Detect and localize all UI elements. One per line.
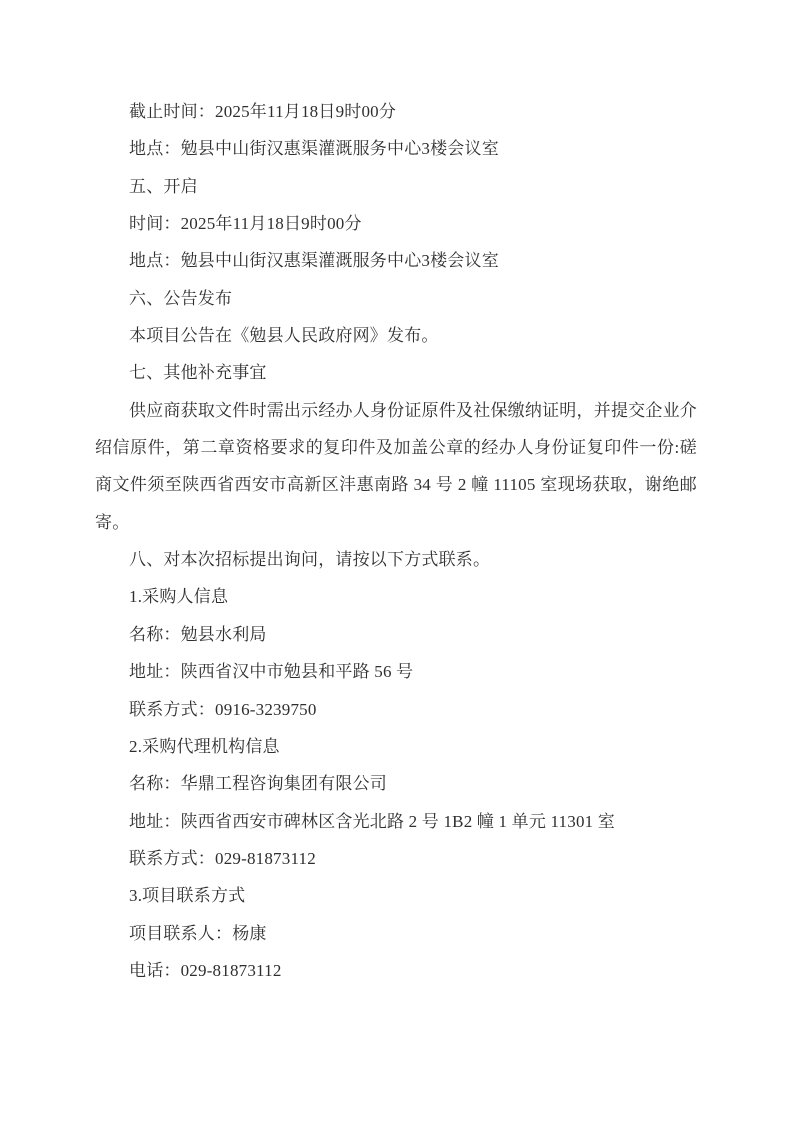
project-contact-heading: 3.项目联系方式 [95,877,697,914]
supplementary-paragraph: 供应商获取文件时需出示经办人身份证原件及社保缴纳证明，并提交企业介绍信原件，第二… [95,392,697,541]
agency-contact-line: 联系方式：029-81873112 [95,840,697,877]
opening-location-line: 地点：勉县中山街汉惠渠灌溉服务中心3楼会议室 [95,242,697,279]
submission-deadline-line: 截止时间：2025年11月18日9时00分 [95,93,697,130]
agency-address-line: 地址：陕西省西安市碑林区含光北路 2 号 1B2 幢 1 单元 11301 室 [95,803,697,840]
submission-location-line: 地点：勉县中山街汉惠渠灌溉服务中心3楼会议室 [95,130,697,167]
section-6-heading: 六、公告发布 [95,280,697,317]
purchaser-name-line: 名称：勉县水利局 [95,616,697,653]
announcement-publish-line: 本项目公告在《勉县人民政府网》发布。 [95,317,697,354]
section-7-heading: 七、其他补充事宜 [95,354,697,391]
section-8-heading: 八、对本次招标提出询问，请按以下方式联系。 [95,541,697,578]
section-5-heading: 五、开启 [95,168,697,205]
purchaser-info-heading: 1.采购人信息 [95,578,697,615]
agency-name-line: 名称：华鼎工程咨询集团有限公司 [95,765,697,802]
opening-time-line: 时间：2025年11月18日9时00分 [95,205,697,242]
purchaser-address-line: 地址：陕西省汉中市勉县和平路 56 号 [95,653,697,690]
document-page: 截止时间：2025年11月18日9时00分 地点：勉县中山街汉惠渠灌溉服务中心3… [0,0,793,1122]
purchaser-contact-line: 联系方式：0916-3239750 [95,691,697,728]
project-phone-line: 电话：029-81873112 [95,952,697,989]
agency-info-heading: 2.采购代理机构信息 [95,728,697,765]
project-contact-person-line: 项目联系人：杨康 [95,915,697,952]
